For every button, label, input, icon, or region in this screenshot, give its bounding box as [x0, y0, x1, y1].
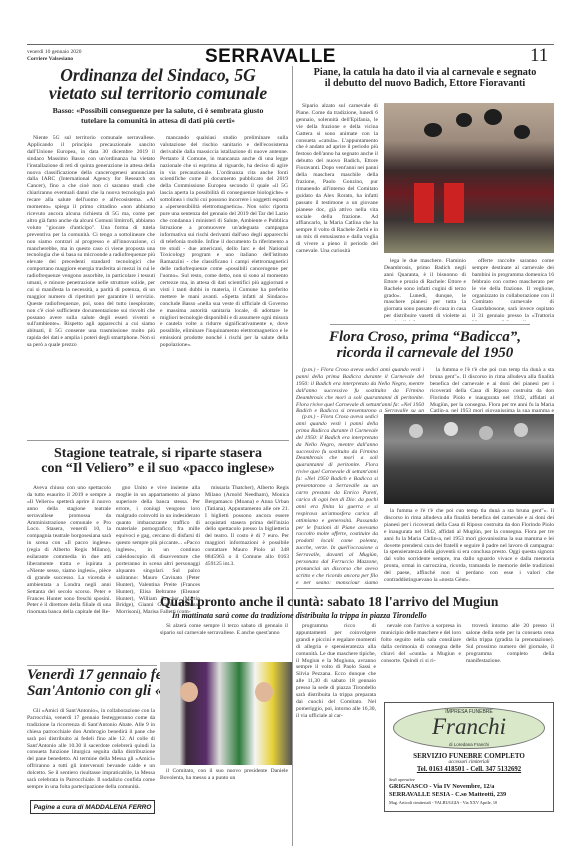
headline-piane-line2: il debutto del nuovo Badich, Ettore Fior…: [296, 78, 554, 89]
article-separator: [296, 588, 554, 589]
article-teatro-col3: missaria Thatcher), Alberto Regis Milano…: [205, 485, 289, 587]
subheadline-5g-line2: tutelare la comunità in attesa di dati p…: [27, 116, 289, 126]
article-piane-col1: Sipario alzato sul carnevale di Piane. C…: [296, 103, 378, 321]
photo-mugiun-masks: [160, 662, 292, 765]
ad-brand: Franchi: [385, 714, 553, 740]
article-teatro-col1: Aveva chiuso con uno spettacolo da tutto…: [27, 485, 111, 663]
article-piane-col3: offerte raccolte saranno come sempre des…: [472, 258, 554, 321]
article-flora: Flora Croso, prima “Badicca”, ricorda il…: [296, 330, 554, 362]
photo-piane-masks: [384, 103, 554, 253]
article-separator: [330, 324, 530, 325]
photo-flora-1950: [384, 414, 554, 504]
article-separator: [27, 440, 289, 441]
article-piane: Piane, la catula ha dato il via al carne…: [296, 67, 554, 89]
header-rule: [27, 44, 554, 45]
ad-sedi-label: Sedi operative: [389, 777, 415, 782]
article-5g: Ordinanza del Sindaco, 5G vietato sul te…: [27, 66, 289, 126]
headline-5g-line1: Ordinanza del Sindaco, 5G: [27, 66, 289, 84]
issue-date: venerdì 10 gennaio 2020: [27, 49, 82, 55]
column-divider: [292, 66, 293, 846]
article-teatro: Stagione teatrale, si riparte stasera co…: [27, 446, 289, 477]
subheadline-cunta: In mattinata sarà come da tradizione dis…: [160, 612, 554, 620]
headline-cunta: Quasi pronto anche il cuntà: sabato 18 l…: [160, 595, 554, 610]
article-flora-col2: la fumma e l'è t'è che poi cun temp tla …: [384, 508, 554, 584]
header-dateline: venerdì 10 gennaio 2020 Corriere Valsesi…: [27, 49, 82, 63]
ad-owner: di Loredana Franchi: [385, 742, 553, 747]
article-5g-col2: mancando qualsiasi studio preliminare su…: [160, 135, 288, 430]
publication-name: Corriere Valsesiano: [27, 56, 82, 63]
article-flora-col1-top: (p.m.) - Flora Croso aveva sedici anni q…: [296, 367, 424, 412]
ad-franchi[interactable]: IMPRESA FUNEBRE Franchi di Loredana Fran…: [384, 702, 554, 812]
article-santantonio-body: Gli «Amici di Sant'Antonio», in collabor…: [27, 708, 155, 798]
article-cunta-col1-top: Si alzerà come sempre il terzo sabato di…: [160, 623, 288, 655]
article-flora-col2-top: la fumma e l'è t'è che poi cun temp tla …: [430, 367, 554, 412]
headline-teatro-line1: Stagione teatrale, si riparte stasera: [27, 446, 289, 461]
page-number: 11: [530, 45, 548, 67]
editor-signature-box: Pagine a cura di MADDALENA FERRO: [30, 800, 155, 814]
headline-5g-line2: vietato sul territorio comunale: [27, 84, 289, 102]
headline-piane-line1: Piane, la catula ha dato il via al carne…: [296, 67, 554, 78]
subheadline-5g-line1: Basso: «Possibili conseguenze per la sal…: [27, 106, 289, 116]
article-piane-col2: lega le due maschere. Flaminio Deambrosi…: [384, 258, 466, 321]
article-flora-col1: (p.m.) - Flora Croso aveva sedici anni q…: [296, 414, 378, 584]
headline-flora-line2: ricorda il carnevale del 1950: [296, 346, 554, 362]
ad-sede-valbuggia: Mag. Articoli cimiteriali - VALBUGGIA - …: [389, 800, 497, 805]
article-cunta-col4: troverà intorno alle 20 presso il salone…: [466, 623, 554, 685]
article-cunta-col1-bottom: il Comitato, con il suo nuovo presidente…: [160, 768, 288, 798]
ad-sede-serravalle: SERRAVALLE SESIA - C.so Matteotti, 239: [389, 791, 506, 798]
article-cunta: Quasi pronto anche il cuntà: sabato 18 l…: [160, 595, 554, 620]
ad-accessories: accessori cimiteriali: [385, 760, 553, 765]
headline-teatro-line2: con “Il Veliero” e il suo «pacco inglese…: [27, 461, 289, 476]
article-5g-col1: Niente 5G sul territorio comunale serrav…: [27, 135, 155, 430]
ad-sede-grignasco: GRIGNASCO - Via IV Novembre, 12/a: [389, 783, 494, 790]
article-cunta-col3: nevale con l'arrivo a sorpresa in munici…: [381, 623, 461, 685]
ad-service: SERVIZIO FUNEBRE COMPLETO: [385, 752, 553, 760]
ad-phones: Tel. 0163 418501 - Cell. 347 5132692: [385, 766, 553, 773]
article-separator: [27, 665, 157, 666]
article-cunta-col2: programma ricco di appuntamenti per coin…: [296, 623, 376, 801]
headline-flora-line1: Flora Croso, prima “Badicca”,: [296, 330, 554, 346]
